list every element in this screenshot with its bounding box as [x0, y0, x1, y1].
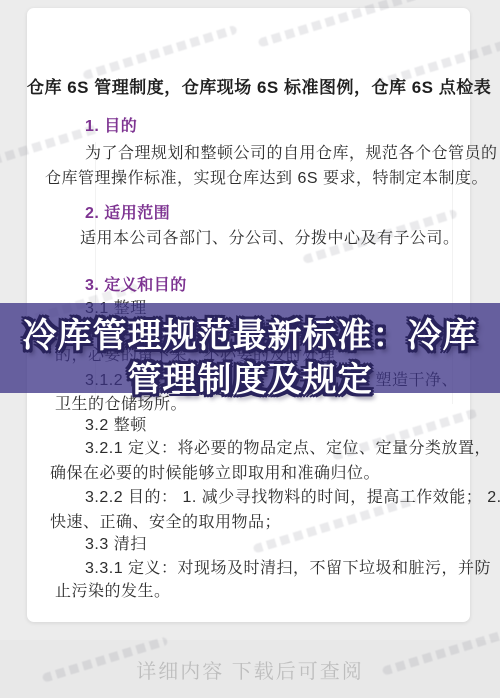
footer-caption[interactable]: 详细内容 下载后可查阅 [0, 655, 500, 684]
paragraph-line: 确保在必要的时候能够立即取用和准确归位。 [50, 464, 380, 484]
section-heading-purpose: 1. 目的 [85, 117, 137, 137]
paragraph-line: 止污染的发生。 [55, 582, 171, 602]
overlay-title-line1: 冷库管理规范最新标准：冷库 [0, 308, 500, 357]
document-title: 仓库 6S 管理制度，仓库现场 6S 标准图例，仓库 6S 点检表 [27, 78, 470, 98]
paragraph-line: 3.3.1 定义：对现场及时清扫，不留下垃圾和脏污，并防 [85, 559, 491, 579]
paragraph-line: 3.2.1 定义：将必要的物品定点、定位、定量分类放置， [85, 439, 491, 459]
paragraph-line: 仓库管理操作标准，实现仓库达到 6S 要求，特制定本制度。 [45, 169, 488, 189]
overlay-title-line2: 管理制度及规定 [0, 352, 500, 401]
paragraph-line: 3.2.2 目的： 1. 减少寻找物料的时间，提高工作效能； 2. [85, 488, 500, 508]
document-preview-screen: 仓库 6S 管理制度，仓库现场 6S 标准图例，仓库 6S 点检表 1. 目的 … [0, 0, 500, 698]
paragraph-line: 为了合理规划和整顿公司的自用仓库，规范各个仓管员的 [85, 144, 498, 164]
paragraph-line: 适用本公司各部门、分公司、分拨中心及有子公司。 [80, 229, 460, 249]
subsection-seiton: 3.2 整顿 [85, 416, 147, 436]
section-heading-scope: 2. 适用范围 [85, 204, 170, 224]
paragraph-line: 快速、正确、安全的取用物品； [50, 513, 281, 533]
subsection-seiso: 3.3 清扫 [85, 535, 147, 555]
section-heading-definitions: 3. 定义和目的 [85, 276, 187, 296]
